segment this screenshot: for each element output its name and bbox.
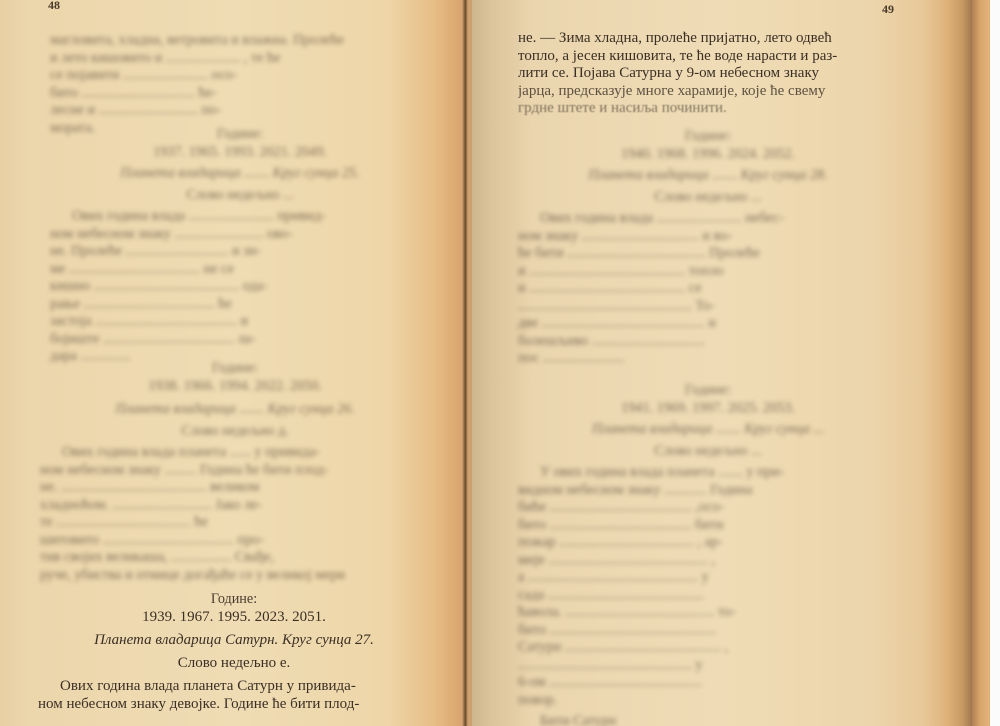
section-letter: Слово недељно е.: [38, 655, 430, 673]
text-line: У ових година влада планета ....... у пр…: [518, 464, 898, 482]
text-line: ном небесном знаку ......... Година ће б…: [40, 462, 430, 480]
text-line: ме .....................................…: [50, 261, 430, 279]
text-line: лесне и ............................ по-: [50, 102, 430, 120]
text-line: кишно ..................................…: [50, 278, 430, 296]
section-ruler: Планета владарица Сатурн. Круг сунца 27.: [38, 632, 430, 650]
text-line: не. ....................................…: [40, 479, 430, 497]
section-heading: Године:: [38, 591, 430, 609]
text-line: не. — Зима хладна, пролеће пријатно, лет…: [518, 30, 914, 48]
text-line: бојиште ................................…: [50, 331, 430, 349]
text-line: ........................................…: [518, 657, 898, 675]
section-heading: Године:: [50, 126, 430, 144]
section-letter: Слово недељно ...: [518, 443, 898, 461]
section-letter: Слово недељно д.: [40, 423, 430, 441]
text-line: биће ...................................…: [518, 499, 898, 517]
text-line: хладноћом. ............................ …: [40, 497, 430, 515]
text-line: бито ...................................…: [518, 622, 898, 640]
text-line: топло, а јесен кишовита, те ће воде нара…: [518, 48, 914, 66]
text-line: и лето кишовито и ..................... …: [50, 50, 430, 68]
text-line: руче, убиства и отмице догађаће се у вел…: [40, 567, 430, 585]
section-ruler: Планета владарица ....... Круг сунца 26.: [40, 401, 430, 419]
left-section-4: Године: 1939. 1967. 1995. 2023. 2051. Пл…: [38, 591, 430, 713]
text-line: ном знаку ..............................…: [518, 228, 898, 246]
book-gutter: [462, 0, 468, 726]
text-line: не. Пролеће ............................…: [50, 243, 430, 261]
text-line: видном небесном знаку ............ Годин…: [518, 482, 898, 500]
text-line: пос .......................: [518, 350, 898, 368]
section-letter: Слово недељно ...: [518, 189, 898, 207]
text-line: болешљиво ..............................…: [518, 333, 898, 351]
text-line: шитовито ...............................…: [40, 532, 430, 550]
right-section-3: Године: 1941. 1969. 1997. 2025. 2053. Пл…: [518, 382, 898, 726]
text-line: бито ...................................…: [518, 517, 898, 535]
text-line: ........................................…: [518, 298, 898, 316]
section-heading: Године:: [40, 360, 430, 378]
section-years: 1939. 1967. 1995. 2023. 2051.: [38, 609, 430, 627]
text-line: јарца, предсказује многе харамије, које …: [518, 83, 914, 101]
text-line: 6-ом ...................................…: [518, 674, 898, 692]
text-line: мије ...................................…: [518, 552, 898, 570]
text-line: ном небесном знаку девојке. Године ће би…: [38, 696, 430, 714]
section-ruler: Планета владарица ....... Круг сунца ...: [518, 421, 898, 439]
text-line: и ......................................…: [518, 263, 898, 281]
section-years: 1940. 1968. 1996. 2024. 2052.: [518, 146, 898, 164]
text-line: лити се. Појава Сатурна у 9-ом небесном …: [518, 65, 914, 83]
page-number-left: 48: [48, 0, 60, 13]
scan-border: [990, 0, 1000, 726]
section-years: 1941. 1969. 1997. 2025. 2053.: [518, 400, 898, 418]
text-line: ном небесном знаку .....................…: [50, 226, 430, 244]
text-line: Бити Сатурн: [518, 713, 898, 726]
text-line: и ......................................…: [518, 280, 898, 298]
section-years: 1937. 1965. 1993. 2021. 2049.: [50, 144, 430, 162]
section-years: 1938. 1966. 1994. 2022. 2050.: [40, 378, 430, 396]
text-line: Сатурн .................................…: [518, 639, 898, 657]
text-line: те .....................................…: [40, 514, 430, 532]
text-line: грдне штете и насиља починити.: [518, 100, 914, 118]
text-line: а ......................................…: [518, 569, 898, 587]
text-line: магловита, хладна, ветровита и влажна. П…: [50, 32, 430, 50]
text-line: ће бити ................................…: [518, 245, 898, 263]
right-page: 49 не. — Зима хладна, пролеће пријатно, …: [472, 0, 972, 726]
section-letter: Слово недељно ...: [50, 187, 430, 205]
text-line: тив својих великаша, ................. С…: [40, 549, 430, 567]
section-ruler: Планета владарица ....... Круг сунца 25.: [50, 165, 430, 183]
text-line: рање ...................................…: [50, 296, 430, 314]
left-section-2: Године: 1937. 1965. 1993. 2021. 2049. Пл…: [50, 126, 430, 366]
page-number-right: 49: [882, 2, 894, 17]
right-top-paragraph: не. — Зима хладна, пролеће пријатно, лет…: [518, 30, 914, 118]
text-line: Ових година влада ......................…: [50, 208, 430, 226]
text-line: ћавола. ................................…: [518, 604, 898, 622]
text-line: Ових година влада ......................…: [518, 210, 898, 228]
section-ruler: Планета владарица ....... Круг сунца 28.: [518, 167, 898, 185]
text-line: повор.: [518, 692, 898, 710]
section-heading: Године:: [518, 128, 898, 146]
text-line: Ових година влада планета ...... у приви…: [40, 444, 430, 462]
text-line: бито ................................ ће…: [50, 85, 430, 103]
text-line: сада ...................................…: [518, 587, 898, 605]
text-line: пожар ..................................…: [518, 534, 898, 552]
section-heading: Године:: [518, 382, 898, 400]
text-line: се појавити ........................ осо…: [50, 67, 430, 85]
left-top-paragraph: магловита, хладна, ветровита и влажна. П…: [50, 32, 430, 137]
text-line: Ових година влада планета Сатурн у приви…: [38, 678, 430, 696]
right-section-2: Године: 1940. 1968. 1996. 2024. 2052. Пл…: [518, 128, 898, 368]
open-book-scan: 48 магловита, хладна, ветровита и влажна…: [0, 0, 1000, 726]
left-page: 48 магловита, хладна, ветровита и влажна…: [0, 0, 472, 726]
text-line: две ....................................…: [518, 315, 898, 333]
left-section-3: Године: 1938. 1966. 1994. 2022. 2050. Пл…: [40, 360, 430, 584]
text-line: застоја ................................…: [50, 313, 430, 331]
